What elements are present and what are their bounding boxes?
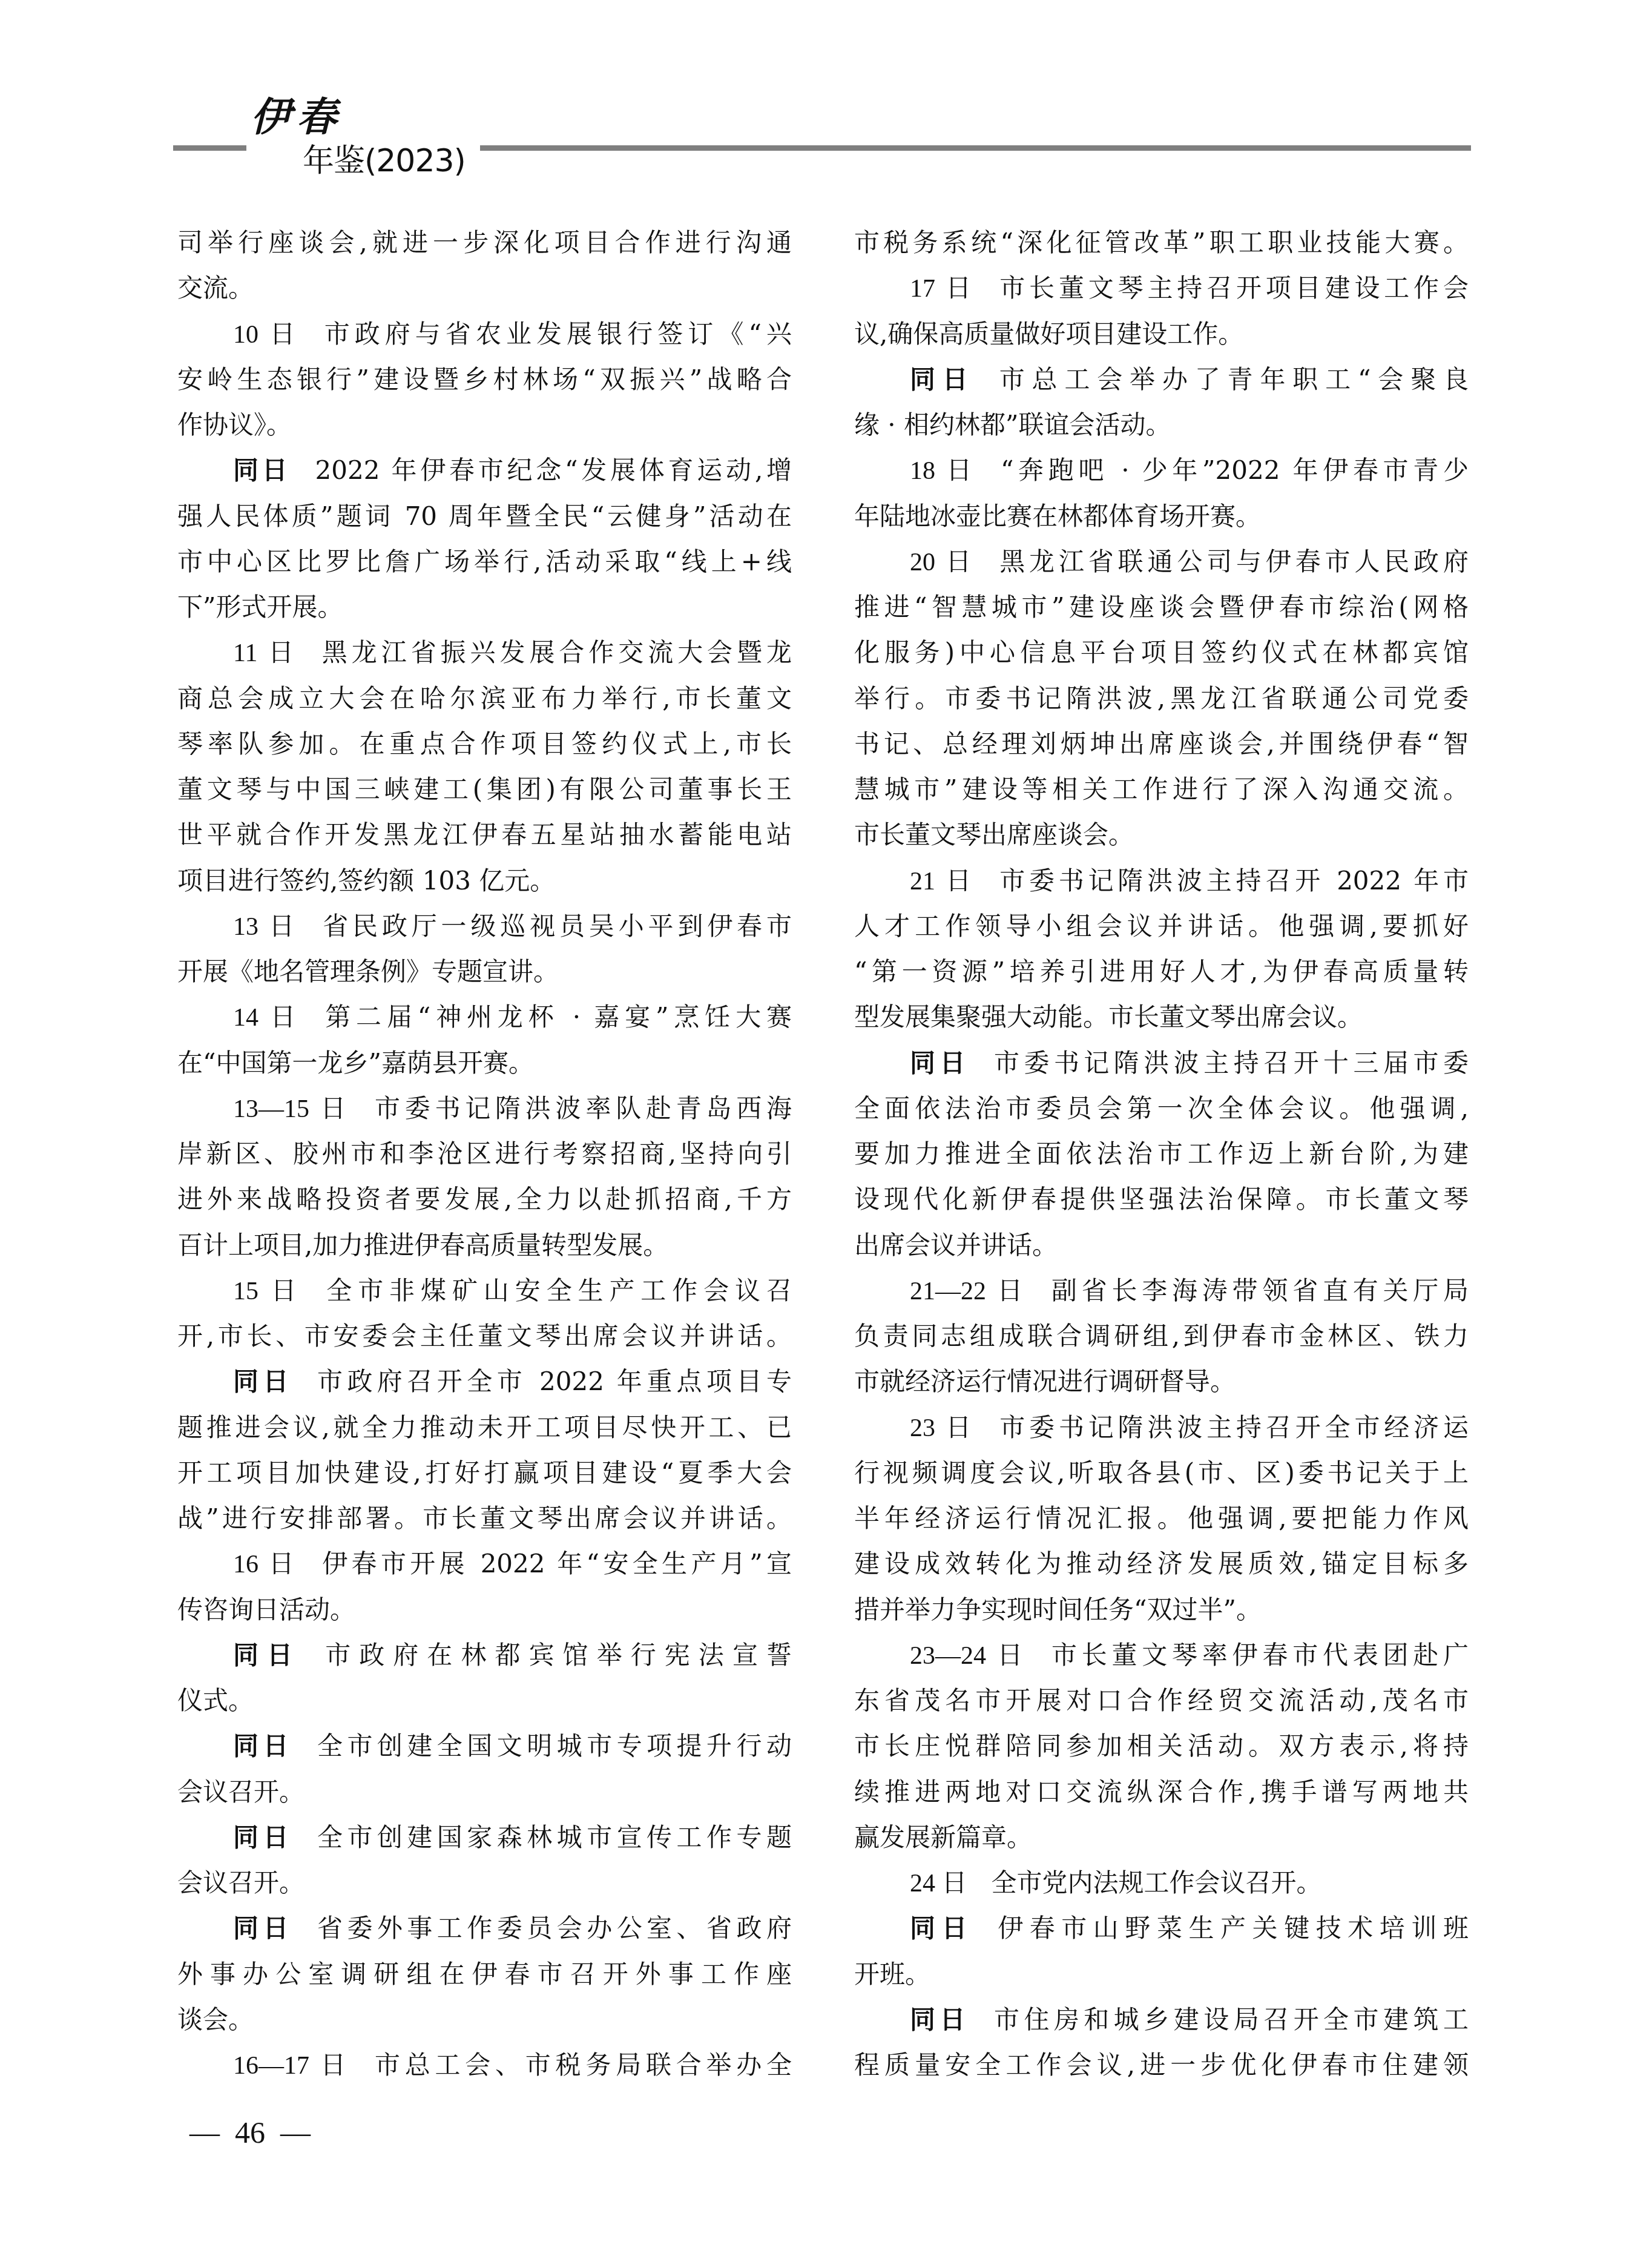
text-line: 设现代化新伊春提供坚强法治保障。市长董文琴 [854,1184,1469,1230]
text-line: 21—22 日副省长李海涛带领省直有关厅局 [854,1276,1469,1321]
text-line: 世平就合作开发黑龙江伊春五星站抽水蓄能电站 [177,820,792,865]
entry-text: 市总工会、市税务局联合举办全 [375,2050,792,2080]
page-number: — 46 — [189,2115,311,2149]
entry-text: 书记、总经理刘炳坤出席座谈会,并围绕伊春“智 [854,729,1469,759]
entry-text: 市就经济运行情况进行调研督导。 [854,1367,1236,1396]
entry-date: 16 日 [233,1551,298,1578]
entry-text: 市政府在林都宾馆举行宪法宣誓 [325,1640,792,1670]
entry-text: 市长董文琴主持召开项目建设工作会 [999,273,1469,303]
entry-text: 要加力推进全面依法治市工作迈上新台阶,为建 [854,1139,1469,1169]
text-line: 安岭生态银行”建设暨乡村林场“双振兴”战略合 [177,364,792,410]
entry-text: 推进“智慧城市”建设座谈会暨伊春市综治(网格 [854,592,1469,622]
entry-text: 外事办公室调研组在伊春市召开外事工作座 [177,1959,792,1989]
text-line: 赢发展新篇章。 [854,1822,1469,1868]
entry-text: 行视频调度会议,听取各县(市、区)委书记关于上 [854,1458,1469,1488]
entry-text: 全市党内法规工作会议召开。 [992,1868,1322,1897]
entry-text: 作协议》。 [177,410,292,440]
entry-date: 14 日 [233,1004,301,1032]
text-line: 14 日第二届“神州龙杯 · 嘉宴”烹饪大赛 [177,1002,792,1047]
text-line: 21 日市委书记隋洪波主持召开 2022 年市 [854,866,1469,911]
text-line: 强人民体质”题词 70 周年暨全民“云健身”活动在 [177,501,792,547]
entry-text: 市长董文琴出席座谈会。 [854,820,1134,849]
text-line: 进外来战略投资者要发展,全力以赴抓招商,千方 [177,1184,792,1230]
text-line: 要加力推进全面依法治市工作迈上新台阶,为建 [854,1139,1469,1184]
entry-text: 出席会议并讲话。 [854,1230,1058,1260]
text-line: 半年经济运行情况汇报。他强调,要把能力作风 [854,1503,1469,1549]
text-line: 建设成效转化为推动经济发展质效,锚定目标多 [854,1549,1469,1594]
text-line: 战”进行安排部署。市长董文琴出席会议并讲话。 [177,1503,792,1549]
entry-text: 全市创建国家森林城市宣传工作专题 [317,1822,792,1852]
text-line: 传咨询日活动。 [177,1595,792,1640]
entry-text: 全市创建全国文明城市专项提升行动 [317,1731,792,1761]
entry-date: 10 日 [233,321,300,349]
text-line: 23 日市委书记隋洪波主持召开全市经济运 [854,1413,1469,1458]
text-line: 同日伊春市山野菜生产关键技术培训班 [854,1913,1469,1959]
entry-date: 同日 [910,2005,970,2034]
text-line: 谈会。 [177,2005,792,2050]
entry-text: 程质量安全工作会议,进一步优化伊春市住建领 [854,2050,1469,2080]
text-line: 东省茂名市开展对口合作经贸交流活动,茂名市 [854,1686,1469,1731]
entry-text: 第二届“神州龙杯 · 嘉宴”烹饪大赛 [325,1002,792,1032]
entry-text: 缘 · 相约林都”联谊会活动。 [854,410,1171,440]
text-line: 同日市住房和城乡建设局召开全市建筑工 [854,2005,1469,2050]
entry-text: 强人民体质”题词 70 周年暨全民“云健身”活动在 [177,501,792,531]
entry-text: 化服务)中心信息平台项目签约仪式在林都宾馆 [854,638,1469,667]
text-line: 开工项目加快建设,打好打赢项目建设“夏季大会 [177,1458,792,1503]
entry-text: 市政府召开全市 2022 年重点项目专 [317,1367,792,1396]
text-line: “第一资源”培养引进用好人才,为伊春高质量转 [854,957,1469,1002]
entry-text: 续推进两地对口交流纵深合作,携手谱写两地共 [854,1777,1469,1807]
text-line: 16—17 日市总工会、市税务局联合举办全 [177,2050,792,2095]
text-line: 会议召开。 [177,1777,792,1822]
text-line: 开展《地名管理条例》专题宣讲。 [177,957,792,1002]
text-line: 市就经济运行情况进行调研督导。 [854,1367,1469,1412]
text-line: 措并举力争实现时间任务“双过半”。 [854,1595,1469,1640]
entry-text: 省民政厅一级巡视员吴小平到伊春市 [323,911,792,941]
text-line: 开,市长、市安委会主任董文琴出席会议并讲话。 [177,1321,792,1367]
text-line: 型发展集聚强大动能。市长董文琴出席会议。 [854,1002,1469,1047]
text-line: 书记、总经理刘炳坤出席座谈会,并围绕伊春“智 [854,729,1469,774]
entry-date: 同日 [233,455,291,485]
entry-date: 同日 [910,1048,970,1078]
entry-text: 省委外事工作委员会办公室、省政府 [317,1913,792,1943]
text-line: 推进“智慧城市”建设座谈会暨伊春市综治(网格 [854,592,1469,638]
entry-date: 同日 [233,1640,301,1670]
text-line: 市长董文琴出席座谈会。 [854,820,1469,865]
entry-text: 全面依法治市委员会第一次全体会议。他强调, [854,1093,1469,1123]
entry-date: 同日 [233,1367,293,1396]
entry-text: 措并举力争实现时间任务“双过半”。 [854,1595,1262,1624]
entry-date: 21—22 日 [910,1278,1027,1305]
header-rule-right [480,145,1471,151]
entry-text: 交流。 [177,273,254,303]
text-line: 同日全市创建全国文明城市专项提升行动 [177,1731,792,1776]
text-line: 作协议》。 [177,410,792,455]
text-line: 同日市政府在林都宾馆举行宪法宣誓 [177,1640,792,1686]
entry-text: 型发展集聚强大动能。市长董文琴出席会议。 [854,1002,1363,1032]
entry-text: 副省长李海涛带领省直有关厅局 [1051,1276,1469,1305]
text-line: 同日市总工会举办了青年职工“会聚良 [854,364,1469,410]
entry-text: 2022 年伊春市纪念“发展体育运动,增 [315,455,792,485]
entry-text: 世平就合作开发黑龙江伊春五星站抽水蓄能电站 [177,820,792,849]
entry-text: 仪式。 [177,1686,254,1715]
entry-text: 市委书记隋洪波主持召开十三届市委 [994,1048,1469,1078]
entry-text: 市委书记隋洪波主持召开全市经济运 [999,1413,1469,1442]
text-line: 续推进两地对口交流纵深合作,携手谱写两地共 [854,1777,1469,1822]
entry-text: 谈会。 [177,2005,254,2034]
entry-text: 半年经济运行情况汇报。他强调,要把能力作风 [854,1503,1469,1533]
entry-date: 同日 [233,1731,293,1761]
entry-text: 年陆地冰壶比赛在林都体育场开赛。 [854,501,1261,531]
entry-text: 市总工会举办了青年职工“会聚良 [999,364,1469,394]
entry-text: 慧城市”建设等相关工作进行了深入沟通交流。 [854,774,1469,804]
text-line: 商总会成立大会在哈尔滨亚布力举行,市长董文 [177,684,792,729]
text-line: 18 日“奔跑吧 · 少年”2022 年伊春市青少 [854,455,1469,501]
text-line: 百计上项目,加力推进伊春高质量转型发展。 [177,1230,792,1276]
text-line: 负责同志组成联合调研组,到伊春市金林区、铁力 [854,1321,1469,1367]
entry-text: 琴率队参加。在重点合作项目签约仪式上,市长 [177,729,792,759]
right-text-column: 市税务系统“深化征管改革”职工职业技能大赛。17 日市长董文琴主持召开项目建设工… [854,228,1469,2095]
text-line: 题推进会议,就全力推动未开工项目尽快开工、已 [177,1413,792,1458]
text-line: 同日市政府召开全市 2022 年重点项目专 [177,1367,792,1412]
entry-date: 21 日 [910,868,975,895]
entry-date: 同日 [233,1822,293,1852]
entry-text: 市委书记隋洪波主持召开 2022 年市 [999,866,1469,895]
entry-text: 市政府与省农业发展银行签订《“兴 [324,319,792,349]
entry-text: 市长董文琴率伊春市代表团赴广 [1051,1640,1469,1670]
entry-text: 市长庄悦群陪同参加相关活动。双方表示,将持 [854,1731,1469,1761]
text-line: 出席会议并讲话。 [854,1230,1469,1276]
entry-text: “第一资源”培养引进用好人才,为伊春高质量转 [854,957,1469,986]
entry-text: 建设成效转化为推动经济发展质效,锚定目标多 [854,1549,1469,1578]
text-line: 市税务系统“深化征管改革”职工职业技能大赛。 [854,228,1469,273]
text-line: 10 日市政府与省农业发展银行签订《“兴 [177,319,792,364]
left-text-column: 司举行座谈会,就进一步深化项目合作进行沟通交流。10 日市政府与省农业发展银行签… [177,228,792,2095]
entry-text: 题推进会议,就全力推动未开工项目尽快开工、已 [177,1413,792,1442]
entry-text: 传咨询日活动。 [177,1595,355,1624]
entry-text: 人才工作领导小组会议并讲话。他强调,要抓好 [854,911,1469,941]
entry-date: 23 日 [910,1414,975,1442]
entry-text: 黑龙江省振兴发展合作交流大会暨龙 [322,638,792,667]
text-line: 16 日伊春市开展 2022 年“安全生产月”宣 [177,1549,792,1594]
text-line: 行视频调度会议,听取各县(市、区)委书记关于上 [854,1458,1469,1503]
entry-text: 市中心区比罗比詹广场举行,活动采取“线上+线 [177,547,792,576]
text-line: 项目进行签约,签约额 103 亿元。 [177,866,792,911]
text-line: 举行。市委书记隋洪波,黑龙江省联通公司党委 [854,684,1469,729]
text-line: 化服务)中心信息平台项目签约仪式在林都宾馆 [854,638,1469,683]
text-line: 17 日市长董文琴主持召开项目建设工作会 [854,273,1469,318]
header-rule-left [173,145,246,151]
text-line: 11 日黑龙江省振兴发展合作交流大会暨龙 [177,638,792,683]
text-line: 13—15 日市委书记隋洪波率队赴青岛西海 [177,1093,792,1139]
entry-text: 商总会成立大会在哈尔滨亚布力举行,市长董文 [177,684,792,713]
text-line: 24 日全市党内法规工作会议召开。 [854,1868,1469,1913]
text-line: 13 日省民政厅一级巡视员吴小平到伊春市 [177,911,792,957]
text-line: 同日省委外事工作委员会办公室、省政府 [177,1913,792,1959]
entry-text: 东省茂名市开展对口合作经贸交流活动,茂名市 [854,1686,1469,1715]
text-line: 议,确保高质量做好项目建设工作。 [854,319,1469,364]
entry-date: 15 日 [233,1278,302,1305]
entry-date: 同日 [233,1913,293,1943]
text-line: 慧城市”建设等相关工作进行了深入沟通交流。 [854,774,1469,820]
entry-text: 开展《地名管理条例》专题宣讲。 [177,957,559,986]
entry-text: 开班。 [854,1959,930,1989]
entry-text: “奔跑吧 · 少年”2022 年伊春市青少 [1001,455,1469,485]
entry-text: 市住房和城乡建设局召开全市建筑工 [994,2005,1469,2034]
text-line: 下”形式开展。 [177,592,792,638]
entry-text: 安岭生态银行”建设暨乡村林场“双振兴”战略合 [177,364,792,394]
entry-text: 市委书记隋洪波率队赴青岛西海 [375,1093,792,1123]
entry-text: 百计上项目,加力推进伊春高质量转型发展。 [177,1230,668,1260]
text-line: 同日全市创建国家森林城市宣传工作专题 [177,1822,792,1868]
entry-date: 同日 [910,1913,973,1943]
text-line: 同日2022 年伊春市纪念“发展体育运动,增 [177,455,792,501]
entry-text: 市税务系统“深化征管改革”职工职业技能大赛。 [854,228,1469,257]
text-line: 董文琴与中国三峡建工(集团)有限公司董事长王 [177,774,792,820]
text-line: 程质量安全工作会议,进一步优化伊春市住建领 [854,2050,1469,2095]
text-line: 外事办公室调研组在伊春市召开外事工作座 [177,1959,792,2005]
text-line: 在“中国第一龙乡”嘉荫县开赛。 [177,1048,792,1093]
text-line: 23—24 日市长董文琴率伊春市代表团赴广 [854,1640,1469,1686]
entry-text: 董文琴与中国三峡建工(集团)有限公司董事长王 [177,774,792,804]
entry-text: 伊春市山野菜生产关键技术培训班 [998,1913,1469,1943]
entry-date: 23—24 日 [910,1642,1027,1670]
entry-text: 岸新区、胶州市和李沧区进行考察招商,坚持向引 [177,1139,792,1169]
text-line: 15 日全市非煤矿山安全生产工作会议召 [177,1276,792,1321]
entry-date: 24 日 [910,1870,967,1897]
entry-date: 16—17 日 [233,2052,350,2080]
entry-text: 在“中国第一龙乡”嘉荫县开赛。 [177,1048,534,1078]
text-line: 全面依法治市委员会第一次全体会议。他强调, [854,1093,1469,1139]
text-line: 人才工作领导小组会议并讲话。他强调,要抓好 [854,911,1469,957]
text-line: 缘 · 相约林都”联谊会活动。 [854,410,1469,455]
entry-text: 举行。市委书记隋洪波,黑龙江省联通公司党委 [854,684,1469,713]
entry-text: 项目进行签约,签约额 103 亿元。 [177,866,555,895]
entry-text: 黑龙江省联通公司与伊春市人民政府 [999,547,1469,576]
entry-text: 开工项目加快建设,打好打赢项目建设“夏季大会 [177,1458,792,1488]
entry-date: 13 日 [233,913,298,941]
text-line: 年陆地冰壶比赛在林都体育场开赛。 [854,501,1469,547]
text-line: 岸新区、胶州市和李沧区进行考察招商,坚持向引 [177,1139,792,1184]
text-line: 司举行座谈会,就进一步深化项目合作进行沟通 [177,228,792,273]
text-line: 同日市委书记隋洪波主持召开十三届市委 [854,1048,1469,1093]
text-line: 市长庄悦群陪同参加相关活动。双方表示,将持 [854,1731,1469,1776]
entry-text: 设现代化新伊春提供坚强法治保障。市长董文琴 [854,1184,1469,1214]
text-line: 琴率队参加。在重点合作项目签约仪式上,市长 [177,729,792,774]
entry-text: 下”形式开展。 [177,592,343,622]
text-line: 仪式。 [177,1686,792,1731]
text-line: 市中心区比罗比詹广场举行,活动采取“线上+线 [177,547,792,592]
entry-date: 17 日 [910,275,975,303]
text-line: 20 日黑龙江省联通公司与伊春市人民政府 [854,547,1469,592]
entry-date: 18 日 [910,457,976,485]
entry-date: 11 日 [233,639,298,667]
text-line: 开班。 [854,1959,1469,2005]
header-subtitle: 年鉴(2023) [303,143,466,179]
entry-text: 赢发展新篇章。 [854,1822,1032,1852]
entry-text: 战”进行安排部署。市长董文琴出席会议并讲话。 [177,1503,792,1533]
entry-date: 同日 [910,364,975,394]
entry-text: 议,确保高质量做好项目建设工作。 [854,319,1243,349]
entry-text: 负责同志组成联合调研组,到伊春市金林区、铁力 [854,1321,1469,1351]
entry-text: 司举行座谈会,就进一步深化项目合作进行沟通 [177,228,792,257]
entry-text: 进外来战略投资者要发展,全力以赴抓招商,千方 [177,1184,792,1214]
entry-text: 开,市长、市安委会主任董文琴出席会议并讲话。 [177,1321,792,1351]
entry-text: 全市非煤矿山安全生产工作会议召 [326,1276,792,1305]
entry-text: 伊春市开展 2022 年“安全生产月”宣 [322,1549,792,1578]
header-brand-title: 伊春 [251,96,343,138]
entry-text: 会议召开。 [177,1868,304,1897]
entry-date: 13—15 日 [233,1095,350,1123]
text-line: 会议召开。 [177,1868,792,1913]
entry-text: 会议召开。 [177,1777,304,1807]
entry-date: 20 日 [910,549,975,576]
text-line: 交流。 [177,273,792,318]
